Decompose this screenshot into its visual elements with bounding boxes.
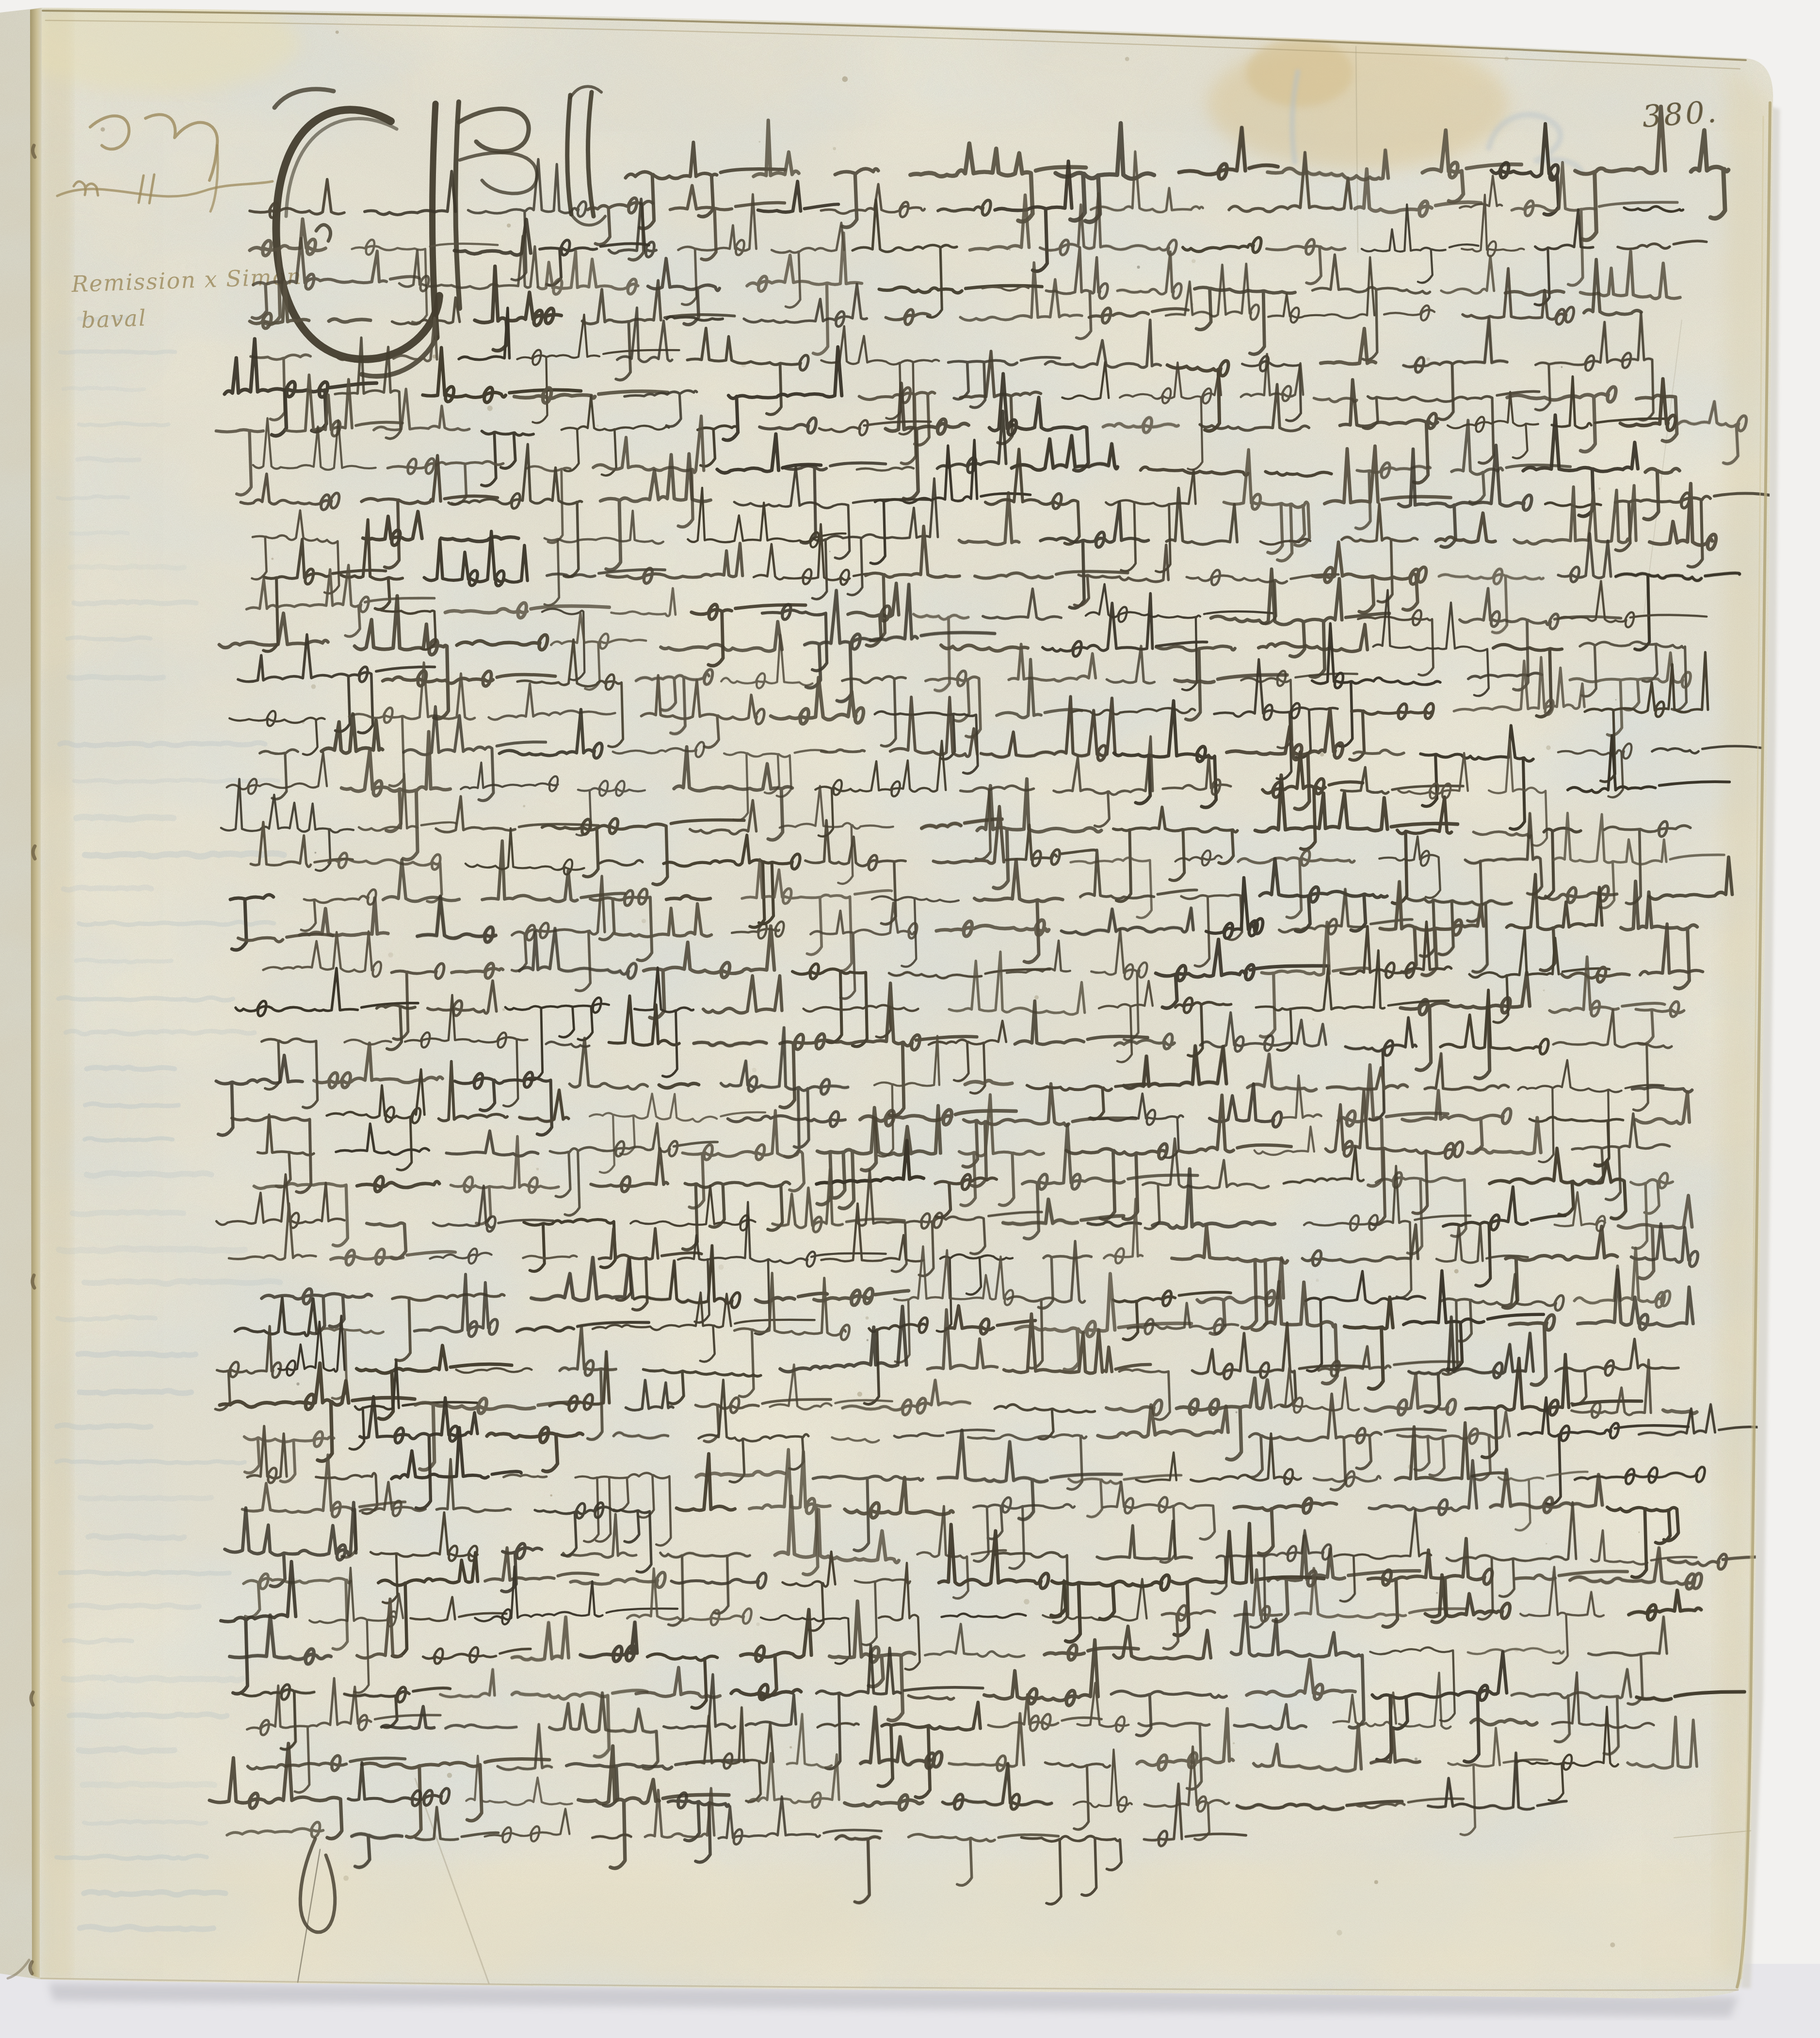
folio-number: 380.	[1641, 94, 1720, 134]
fold-shading	[43, 8, 72, 1978]
margin-note-line2: baval	[81, 305, 147, 333]
scanned-manuscript: Remission x Simon baval 380.	[0, 0, 1820, 2038]
binding-stub	[0, 8, 43, 1979]
